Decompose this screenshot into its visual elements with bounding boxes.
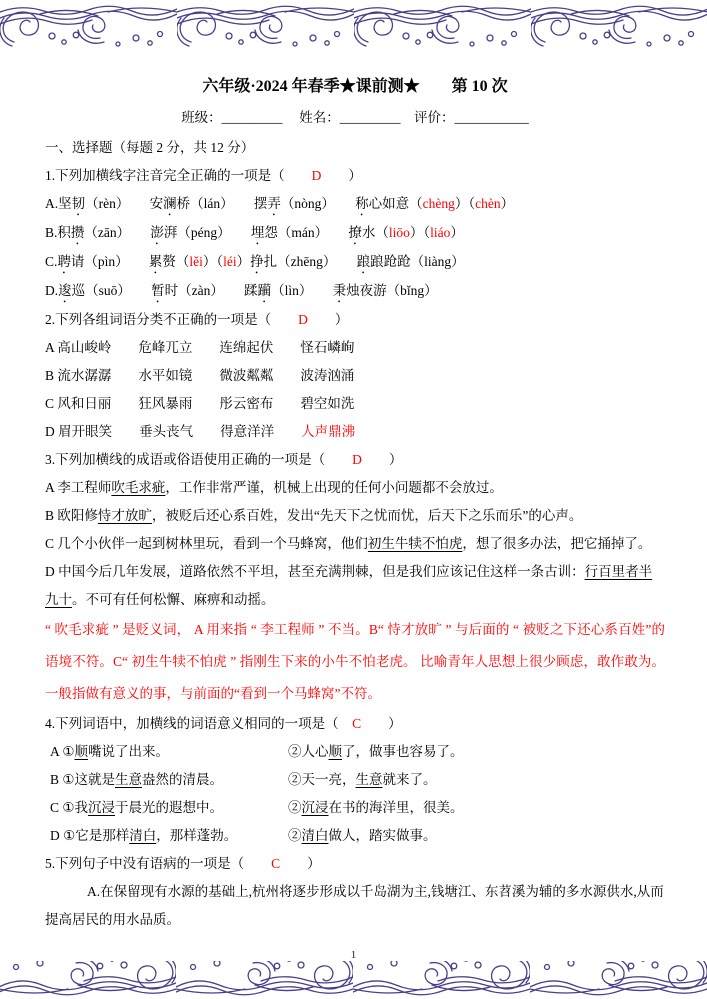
q5-option-a: A.在保留现有水源的基础上,杭州将逐步形成以千岛湖为主,钱塘江、东苕溪为辅的多水…	[45, 878, 665, 934]
text-segment: （zān）	[84, 225, 150, 240]
text-segment: 巡（suō）	[72, 283, 152, 298]
underlined-term: 生意	[356, 772, 383, 787]
q1-option-c: C.聘请（pìn） 累赘（lěi）（léi）挣扎（zhēng） 踉踉跄跄（lià…	[45, 248, 665, 277]
text-segment: A ①	[50, 744, 74, 759]
q4-option-a: A ①顺嘴说了出来。②人心顺了，做事也容易了。	[45, 738, 665, 766]
red-answer-text: liáo	[430, 225, 450, 240]
text-segment: 怨（mán）	[264, 225, 348, 240]
text-segment: 烛夜游（bǐng）	[346, 283, 438, 298]
text-segment: ）	[237, 254, 251, 269]
text-segment: ，想了很多办法，把它捅掉了。	[462, 536, 651, 551]
q4-option-b: B ①这就是生意盎然的清晨。②天一亮，生意就来了。	[45, 766, 665, 794]
q3-stem: 3.下列加横线的成语或俗语使用正确的一项是（ D ）	[45, 446, 665, 474]
text-segment: ②人心	[288, 744, 329, 759]
text-segment: 踉跄跄（liàng）	[370, 254, 465, 269]
text-segment: C 风和日丽 狂风暴雨 彤云密布 碧空如洗	[45, 396, 354, 411]
red-answer-text: C	[271, 856, 280, 871]
text-segment: B 流水潺潺 水平如镜 微波粼粼 波涛汹涌	[45, 368, 354, 383]
text-segment: “ 吹毛求疵 ” 是贬义词， A 用来指 “ 李工程师 ” 不当。B“ 恃才放旷…	[45, 622, 665, 701]
text-segment: A.在保留现有水源的基础上,杭州将逐步形成以千岛湖为主,钱塘江、东苕溪为辅的多水…	[45, 884, 664, 927]
red-answer-text: chèn	[475, 196, 500, 211]
q2-option-c: C 风和日丽 狂风暴雨 彤云密布 碧空如洗	[45, 390, 665, 418]
q3-option-c: C 几个小伙伴一起到树林里玩，看到一个马蜂窝，他们初生牛犊不怕虎，想了很多办法，…	[45, 530, 665, 558]
student-info-blanks: 班级：_________ 姓名：_________ 评价：___________	[45, 102, 665, 134]
exam-body: 一、选择题（每题 2 分，共 12 分）1.下列加横线字注音完全正确的一项是（ …	[45, 134, 665, 934]
q2-option-d: D 眉开眼笑 垂头丧气 得意洋洋 人声鼎沸	[45, 418, 665, 446]
text-segment: 湃（péng）	[164, 225, 251, 240]
option-column-1: B ①这就是生意盎然的清晨。	[50, 766, 288, 794]
option-column-2: ②沉浸在书的海洋里，很美。	[288, 800, 464, 815]
text-segment: ）（	[203, 254, 223, 269]
emphasized-char: 聘	[57, 254, 71, 269]
text-segment: 在书的海洋里，很美。	[329, 800, 464, 815]
text-segment: D 眉开眼笑 垂头丧气 得意洋洋	[45, 424, 301, 439]
q1-stem: 1.下列加横线字注音完全正确的一项是（ D ）	[45, 162, 665, 190]
q5-stem: 5.下列句子中没有语病的一项是（ C ）	[45, 850, 665, 878]
red-answer-text: D	[312, 168, 322, 183]
text-segment: B ①这就是	[50, 772, 115, 787]
text-segment: ②天一亮，	[288, 772, 356, 787]
text-segment: ）	[361, 716, 402, 731]
q4-option-d: D ①它是那样清白，那样蓬勃。②清白做人，踏实做事。	[45, 822, 665, 850]
option-column-2: ②人心顺了，做事也容易了。	[288, 744, 464, 759]
q3-option-a: A 李工程师吹毛求疵，工作非常严谨，机械上出现的任何小问题都不会放过。	[45, 474, 665, 502]
red-answer-text: léi	[223, 254, 237, 269]
emphasized-char: 累	[149, 254, 163, 269]
red-answer-text: C	[352, 716, 361, 731]
option-column-2: ②天一亮，生意就来了。	[288, 772, 437, 787]
text-segment: ）	[362, 452, 403, 467]
option-column-2: ②清白做人，踏实做事。	[288, 828, 437, 843]
text-segment: （nòng）	[281, 196, 355, 211]
q1-option-a: A.坚韧（rèn） 安澜桥（lán） 摆弄（nòng） 称心如意（chèng）（…	[45, 190, 665, 219]
text-segment: C ①我	[50, 800, 88, 815]
underlined-term: 沉浸	[302, 800, 329, 815]
underlined-term: 清白	[129, 828, 156, 843]
emphasized-char: 挣	[250, 254, 264, 269]
text-segment: 心如意（	[369, 196, 423, 211]
red-answer-text: chèng	[423, 196, 455, 211]
text-segment: 扎（zhēng）	[264, 254, 357, 269]
exam-content: 六年级·2024 年春季★课前测★ 第 10 次 班级：_________ 姓名…	[45, 72, 665, 934]
q2-stem: 2.下列各组词语分类不正确的一项是（ D ）	[45, 306, 665, 334]
text-segment: ，那样蓬勃。	[156, 828, 237, 843]
text-segment: ）	[321, 168, 362, 183]
text-segment: 3.下列加横线的成语或俗语使用正确的一项是（	[45, 452, 352, 467]
underlined-term: 吹毛求疵	[111, 480, 165, 495]
text-segment: ）（	[410, 225, 430, 240]
text-segment: B 欧阳修	[45, 508, 98, 523]
emphasized-char: 澜	[163, 196, 177, 211]
text-segment: 一、选择题（每题 2 分，共 12 分）	[45, 140, 254, 155]
emphasized-char: 暂	[151, 283, 165, 298]
emphasized-char: 称	[355, 196, 369, 211]
text-segment: （lìn）	[271, 283, 333, 298]
q2-option-b: B 流水潺潺 水平如镜 微波粼粼 波涛汹涌	[45, 362, 665, 390]
text-segment: 。不可有任何松懈、麻痹和动摇。	[72, 592, 275, 607]
exam-title: 六年级·2024 年春季★课前测★ 第 10 次	[45, 72, 665, 102]
q1-option-d: D.逡巡（suō） 暂时（zàn） 蹂躏（lìn） 秉烛夜游（bǐng）	[45, 277, 665, 306]
text-segment: 盎然的清晨。	[142, 772, 223, 787]
text-segment: 2.下列各组词语分类不正确的一项是（	[45, 312, 298, 327]
underlined-term: 恃才放旷	[98, 508, 152, 523]
text-segment: A.坚	[45, 196, 72, 211]
text-segment: 了，做事也容易了。	[342, 744, 464, 759]
text-segment: ）	[280, 856, 321, 871]
q2-option-a: A 高山峻岭 危峰兀立 连绵起伏 怪石嶙峋	[45, 334, 665, 362]
text-segment: 4.下列词语中，加横线的词语意义相同的一项是（	[45, 716, 352, 731]
emphasized-char: 韧	[72, 196, 86, 211]
text-segment: B.积	[45, 225, 71, 240]
q3-answer-analysis: “ 吹毛求疵 ” 是贬义词， A 用来指 “ 李工程师 ” 不当。B“ 恃才放旷…	[45, 614, 665, 710]
text-segment: A 高山峻岭 危峰兀立 连绵起伏 怪石嶙峋	[45, 340, 354, 355]
text-segment: 赘（	[162, 254, 189, 269]
text-segment: ②	[288, 828, 302, 843]
q1-option-b: B.积攒（zān） 澎湃（péng） 埋怨（mán） 撩水（liōo）（liáo…	[45, 219, 665, 248]
emphasized-char: 弄	[267, 196, 281, 211]
exam-page: 六年级·2024 年春季★课前测★ 第 10 次 班级：_________ 姓名…	[0, 0, 707, 999]
text-segment: ②	[288, 800, 302, 815]
text-segment: ）	[450, 225, 464, 240]
q4-option-c: C ①我沉浸于晨光的遐想中。②沉浸在书的海洋里，很美。	[45, 794, 665, 822]
text-segment: A 李工程师	[45, 480, 111, 495]
red-answer-text: liōo	[389, 225, 410, 240]
text-segment: ，被贬后还心系百姓，发出“先天下之忧而忧，后天下之乐而乐”的心声。	[152, 508, 582, 523]
text-segment: ，工作非常严谨，机械上出现的任何小问题都不会放过。	[165, 480, 503, 495]
text-segment: D.	[45, 283, 58, 298]
underlined-term: 沉浸	[88, 800, 115, 815]
text-segment: 1.下列加横线字注音完全正确的一项是（	[45, 168, 312, 183]
red-answer-text: lěi	[189, 254, 203, 269]
text-segment: 请（pìn）	[71, 254, 149, 269]
red-answer-text: D	[298, 312, 308, 327]
wave-border-top-decoration	[0, 2, 707, 48]
text-segment: 时（zàn） 蹂	[165, 283, 258, 298]
emphasized-char: 澎	[150, 225, 164, 240]
text-segment: 就来了。	[383, 772, 437, 787]
text-segment: 做人，踏实做事。	[329, 828, 437, 843]
emphasized-char: 撩	[348, 225, 362, 240]
option-column-1: D ①它是那样清白，那样蓬勃。	[50, 822, 288, 850]
emphasized-char: 躏	[258, 283, 272, 298]
q3-option-b: B 欧阳修恃才放旷，被贬后还心系百姓，发出“先天下之忧而忧，后天下之乐而乐”的心…	[45, 502, 665, 530]
underlined-term: 生意	[115, 772, 142, 787]
option-column-1: C ①我沉浸于晨光的遐想中。	[50, 794, 288, 822]
emphasized-char: 逡	[58, 283, 72, 298]
text-segment: 嘴说了出来。	[88, 744, 169, 759]
option-column-1: A ①顺嘴说了出来。	[50, 738, 288, 766]
emphasized-char: 踉	[357, 254, 371, 269]
q3-option-d: D 中国今后几年发展，道路依然不平坦，甚至充满荆棘，但是我们应该记住这样一条古训…	[45, 558, 665, 614]
text-segment: 于晨光的遐想中。	[115, 800, 223, 815]
red-answer-text: D	[352, 452, 362, 467]
text-segment: D 中国今后几年发展，道路依然不平坦，甚至充满荆棘，但是我们应该记住这样一条古训…	[45, 564, 585, 579]
text-segment: C.	[45, 254, 57, 269]
text-segment: 水（	[362, 225, 389, 240]
text-segment: ）	[501, 196, 515, 211]
q4-stem: 4.下列词语中，加横线的词语意义相同的一项是（ C ）	[45, 710, 665, 738]
text-segment: （rèn） 安	[85, 196, 163, 211]
wave-border-bottom-decoration	[0, 961, 707, 999]
text-segment: 5.下列句子中没有语病的一项是（	[45, 856, 271, 871]
underlined-term: 顺	[329, 744, 343, 759]
text-segment: ）	[308, 312, 349, 327]
section-heading: 一、选择题（每题 2 分，共 12 分）	[45, 134, 665, 162]
page-number: 1	[0, 949, 707, 961]
underlined-term: 顺	[74, 744, 88, 759]
text-segment: C 几个小伙伴一起到树林里玩，看到一个马蜂窝，他们	[45, 536, 368, 551]
text-segment: D ①它是那样	[50, 828, 129, 843]
underlined-term: 初生牛犊不怕虎	[368, 536, 463, 551]
text-segment: ）（	[455, 196, 475, 211]
emphasized-char: 攒	[71, 225, 85, 240]
text-segment: 桥（lán） 摆	[177, 196, 268, 211]
emphasized-char: 秉	[333, 283, 347, 298]
underlined-term: 清白	[302, 828, 329, 843]
emphasized-char: 埋	[251, 225, 265, 240]
red-answer-text: 人声鼎沸	[301, 424, 355, 439]
